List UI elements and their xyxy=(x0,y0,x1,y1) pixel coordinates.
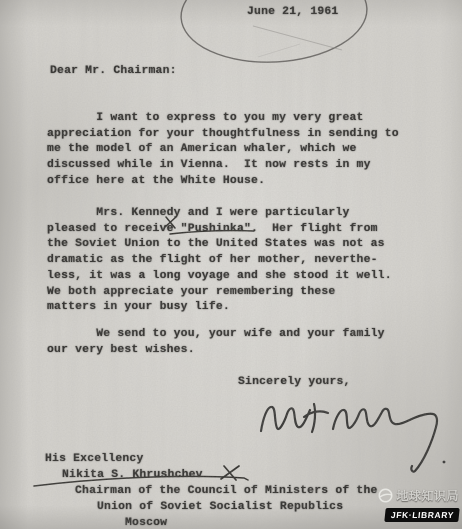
letter-line: We both appreciate your remembering thes… xyxy=(47,285,392,301)
letter-line: office here at the White House. xyxy=(47,174,399,190)
closing-line: Sincerely yours, xyxy=(238,375,351,391)
letter-line: the Soviet Union to the United States wa… xyxy=(47,237,392,253)
paragraph-3: We send to you, your wife and your famil… xyxy=(47,327,385,358)
watermark: 地球知识局 JFK·LIBRARY xyxy=(364,487,459,523)
letter-line: discussed while in Vienna. It now rests … xyxy=(47,158,399,174)
letter-line: dramatic as the flight of her mother, ne… xyxy=(47,253,392,269)
letter-line: I want to express to you my very great xyxy=(47,111,399,127)
jfk-library-badge: JFK·LIBRARY xyxy=(384,508,459,522)
recipient-block: His Excellency Nikita S. Khrushchev Chai… xyxy=(45,452,378,529)
letter-line: less, it was a long voyage and she stood… xyxy=(47,269,392,285)
watermark-site-name: 地球知识局 xyxy=(396,487,459,504)
letter-line: me the model of an American whaler, whic… xyxy=(47,142,399,158)
letter-line: We send to you, your wife and your famil… xyxy=(47,327,385,343)
recipient-line: His Excellency xyxy=(45,452,378,468)
recipient-line: Nikita S. Khrushchev xyxy=(45,468,378,484)
recipient-line: Chairman of the Council of Ministers of … xyxy=(45,484,378,500)
paragraph-1: I want to express to you my very great a… xyxy=(47,111,399,190)
salutation: Dear Mr. Chairman: xyxy=(50,64,177,80)
letter-line: our very best wishes. xyxy=(47,343,385,359)
letter-line: pleased to receive "Pushinka". Her fligh… xyxy=(47,222,392,238)
paragraph-2: Mrs. Kennedy and I were particularly ple… xyxy=(47,206,392,316)
globe-logo-icon xyxy=(378,488,393,503)
letter-line: appreciation for your thoughtfulness in … xyxy=(47,127,399,143)
pencil-mark xyxy=(253,26,342,50)
date-line: June 21, 1961 xyxy=(247,5,338,21)
recipient-line: Moscow xyxy=(45,516,378,529)
letter-line: Mrs. Kennedy and I were particularly xyxy=(47,206,392,222)
pencil-mark xyxy=(258,44,300,57)
recipient-line: Union of Soviet Socialist Republics xyxy=(45,500,378,516)
scanned-letter-photo: June 21, 1961 Dear Mr. Chairman: I want … xyxy=(0,0,462,529)
letter-line: matters in your busy life. xyxy=(47,300,392,316)
